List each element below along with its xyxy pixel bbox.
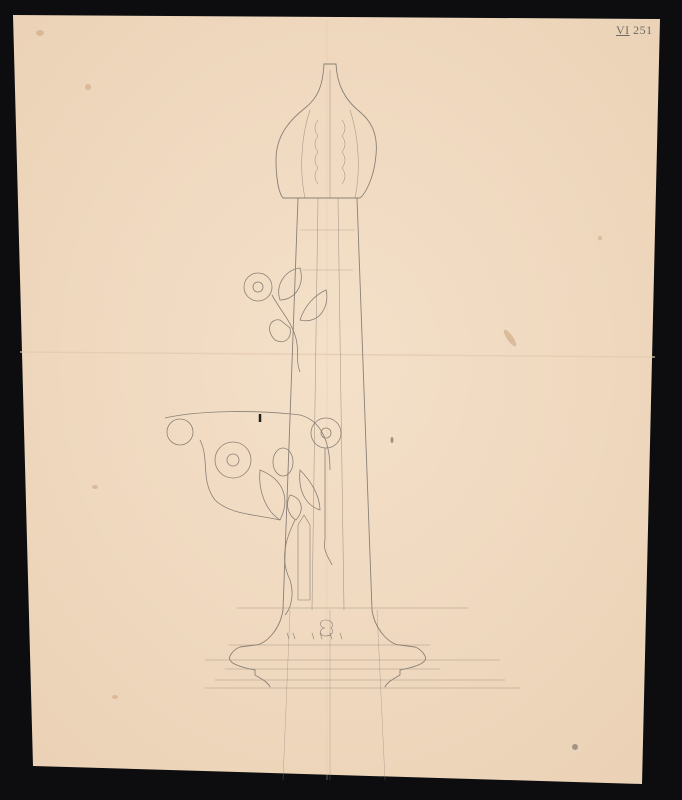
paper-sheet (13, 15, 660, 784)
scanned-drawing (0, 0, 682, 800)
inscription-roman: VI (616, 23, 630, 37)
catalog-inscription: VI 251 (616, 23, 653, 38)
inscription-number: 251 (633, 23, 653, 37)
